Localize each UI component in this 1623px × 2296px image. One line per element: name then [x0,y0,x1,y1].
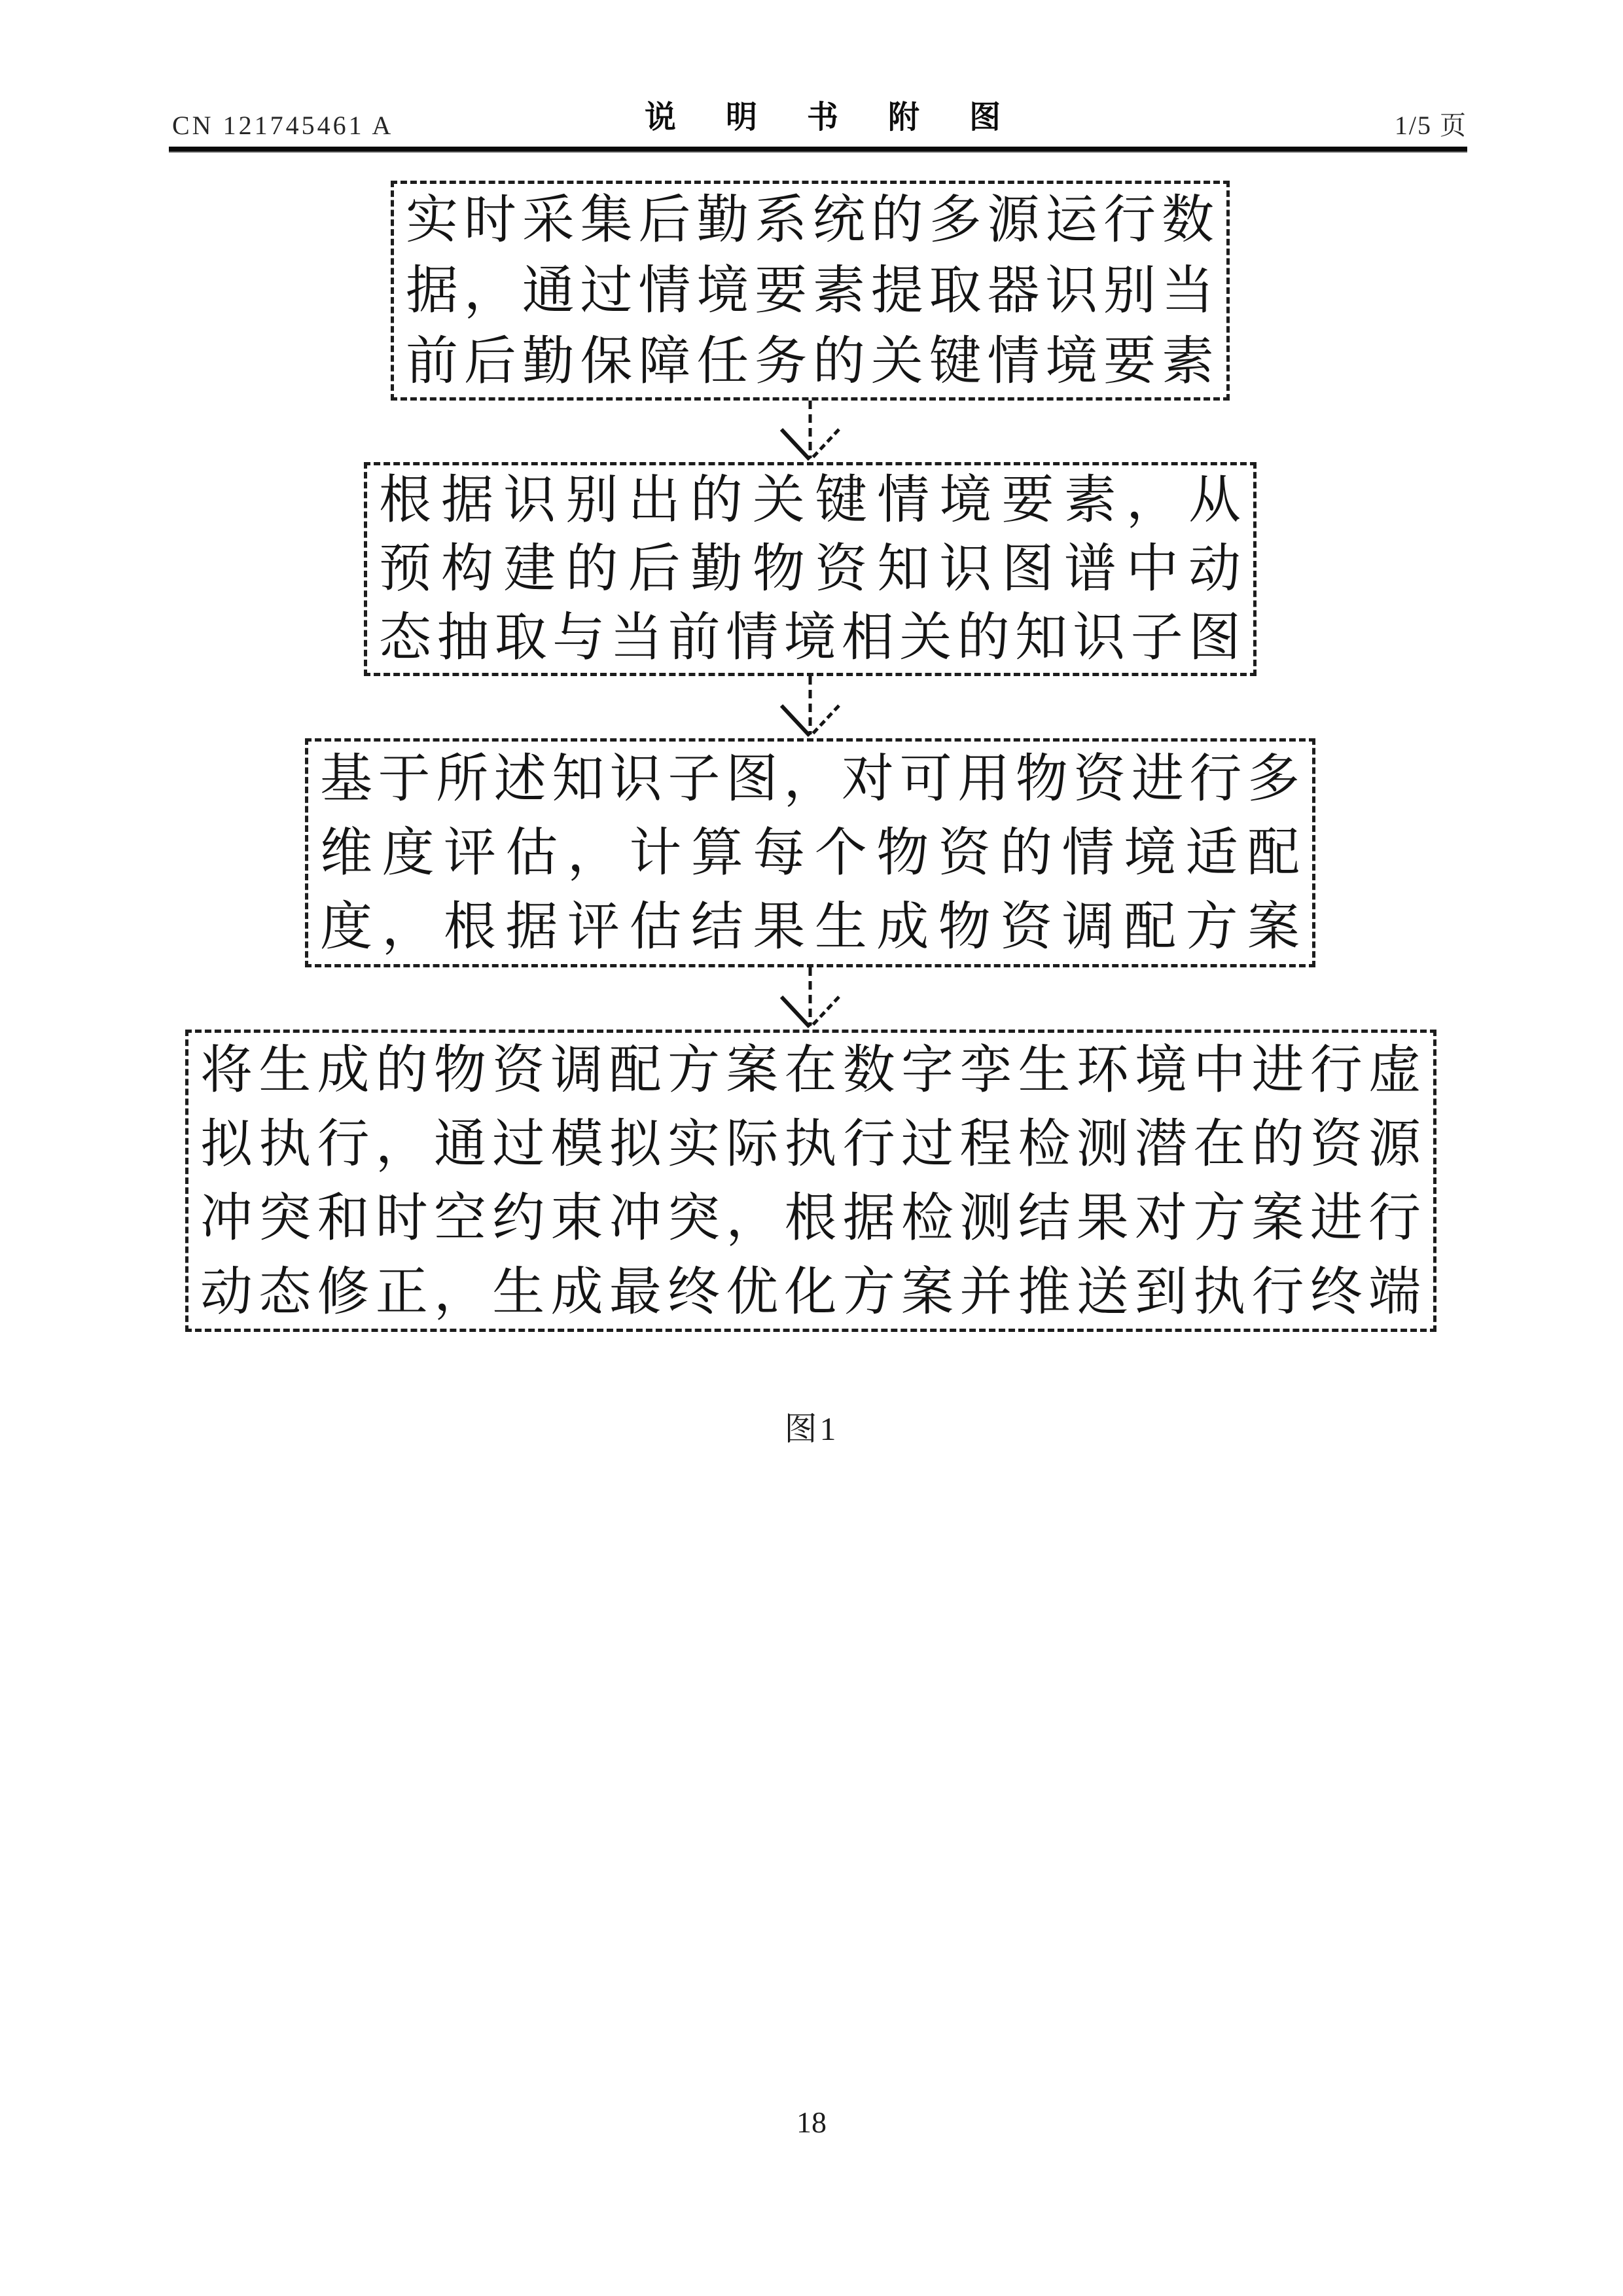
flow-step-4-line-3: 冲突和时空约束冲突，根据检测结果对方案进行 [200,1182,1421,1256]
flow-step-2-line-3: 态抽取与当前情境相关的知识子图 [379,604,1241,673]
page-number: 18 [0,2106,1623,2140]
flow-step-2-line-1: 根据识别出的关键情境要素，从 [379,467,1241,535]
down-arrow-icon-2 [771,675,849,738]
flow-step-4: 将生成的物资调配方案在数字孪生环境中进行虚 拟执行，通过模拟实际执行过程检测潜在… [185,1030,1436,1332]
flow-step-4-line-4: 动态修正，生成最终优化方案并推送到执行终端 [200,1256,1421,1330]
figure-caption: 图1 [0,1411,1623,1447]
flow-step-1: 实时采集后勤系统的多源运行数 据，通过情境要素提取器识别当 前后勤保障任务的关键… [391,181,1230,401]
patent-number: CN 121745461 A [172,113,393,139]
flow-step-3-line-3: 度，根据评估结果生成物资调配方案 [320,891,1300,965]
flow-step-3-line-1: 基于所述知识子图，对可用物资进行多 [320,743,1300,817]
flow-step-2: 根据识别出的关键情境要素，从 预构建的后勤物资知识图谱中动 态抽取与当前情境相关… [364,462,1257,676]
page-indicator: 1/5 页 [1395,113,1467,139]
flow-step-1-line-1: 实时采集后勤系统的多源运行数 [406,185,1215,256]
flow-step-4-line-2: 拟执行，通过模拟实际执行过程检测潜在的资源 [200,1108,1421,1182]
header-rule [169,147,1467,152]
flow-step-3: 基于所述知识子图，对可用物资进行多 维度评估，计算每个物资的情境适配 度，根据评… [305,738,1315,967]
flow-step-3-line-2: 维度评估，计算每个物资的情境适配 [320,817,1300,891]
flow-step-1-line-3: 前后勤保障任务的关键情境要素 [406,327,1215,397]
flow-step-1-line-2: 据，通过情境要素提取器识别当 [406,256,1215,327]
down-arrow-icon-1 [771,399,849,462]
flow-step-4-line-1: 将生成的物资调配方案在数字孪生环境中进行虚 [200,1034,1421,1108]
doc-title: 说明书附图 [645,102,1050,134]
patent-drawing-sheet: CN 121745461 A 说明书附图 1/5 页 实时采集后勤系统的多源运行… [0,0,1623,2296]
flow-step-2-line-2: 预构建的后勤物资知识图谱中动 [379,535,1241,604]
down-arrow-icon-3 [771,966,849,1030]
